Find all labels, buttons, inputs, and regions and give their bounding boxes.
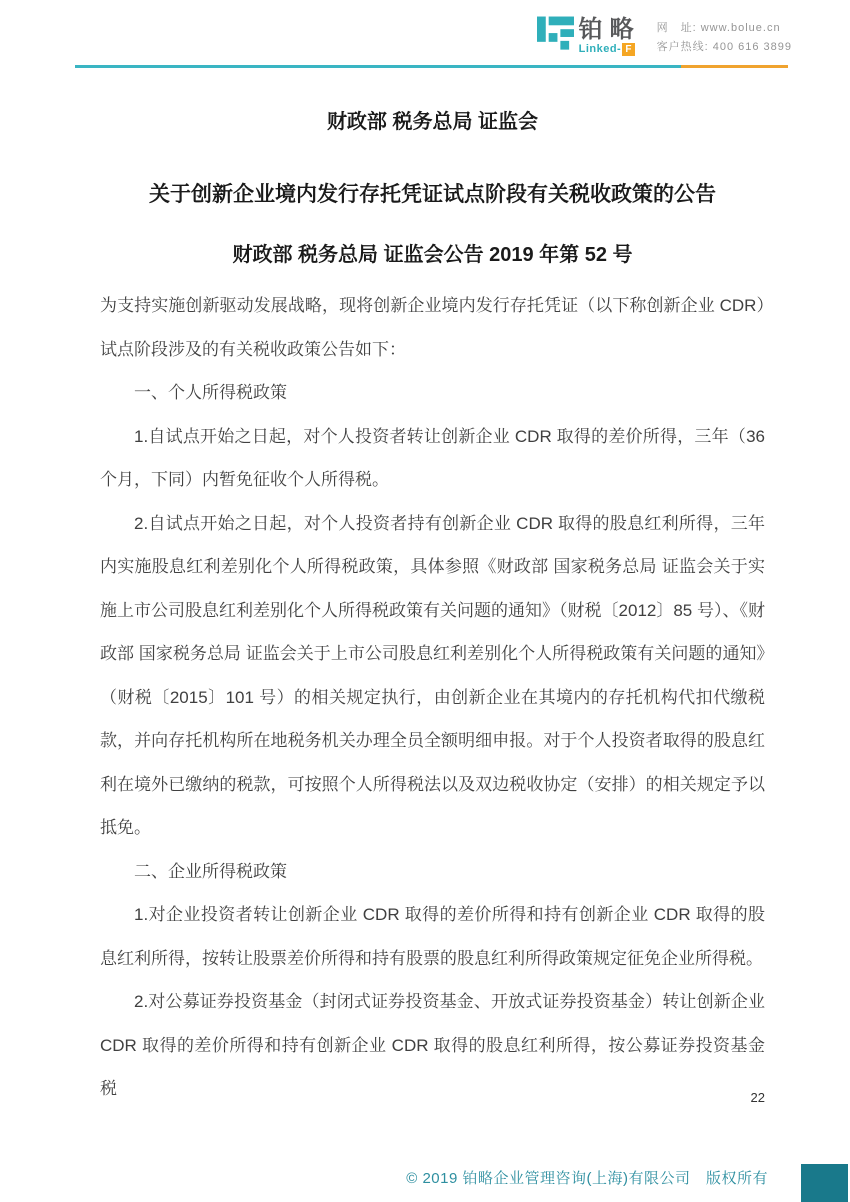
header-divider bbox=[75, 65, 788, 68]
page-number: 22 bbox=[751, 1090, 765, 1105]
title-issuing-agencies: 财政部 税务总局 证监会 bbox=[100, 109, 765, 135]
copyright-notice: © 2019 铂略企业管理咨询(上海)有限公司 版权所有 bbox=[406, 1167, 768, 1188]
logo-text: 铂略 Linked-F bbox=[579, 17, 641, 56]
body-paragraph: 2.自试点开始之日起，对个人投资者持有创新企业 CDR 取得的股息红利所得，三年… bbox=[100, 502, 765, 850]
website-line: 网 址: www.bolue.cn bbox=[657, 19, 792, 35]
page-header: 铂略 Linked-F 网 址: www.bolue.cn 客户热线: 400 … bbox=[537, 16, 792, 56]
section-heading: 二、企业所得税政策 bbox=[100, 850, 765, 894]
logo-name-cn: 铂略 bbox=[579, 17, 641, 43]
contact-info: 网 址: www.bolue.cn 客户热线: 400 616 3899 bbox=[653, 19, 792, 54]
logo-f-badge: F bbox=[622, 43, 635, 56]
logo-linked-label: Linked- bbox=[579, 43, 622, 56]
body-paragraph: 1.对企业投资者转让创新企业 CDR 取得的差价所得和持有创新企业 CDR 取得… bbox=[100, 893, 765, 980]
body-paragraph: 2.对公募证券投资基金（封闭式证券投资基金、开放式证券投资基金）转让创新企业 C… bbox=[100, 980, 765, 1111]
title-document-number: 财政部 税务总局 证监会公告 2019 年第 52 号 bbox=[100, 242, 765, 268]
hotline-line: 客户热线: 400 616 3899 bbox=[657, 38, 792, 54]
document-content: 财政部 税务总局 证监会 关于创新企业境内发行存托凭证试点阶段有关税收政策的公告… bbox=[100, 95, 765, 1111]
footer-corner-decoration bbox=[801, 1164, 848, 1202]
section-heading: 一、个人所得税政策 bbox=[100, 371, 765, 415]
body-paragraph: 为支持实施创新驱动发展战略，现将创新企业境内发行存托凭证（以下称创新企业 CDR… bbox=[100, 284, 765, 371]
logo-name-en: Linked-F bbox=[579, 43, 641, 56]
company-logo: 铂略 Linked-F bbox=[537, 16, 641, 56]
body-text: 为支持实施创新驱动发展战略，现将创新企业境内发行存托凭证（以下称创新企业 CDR… bbox=[100, 284, 765, 1111]
document-page: 铂略 Linked-F 网 址: www.bolue.cn 客户热线: 400 … bbox=[0, 0, 850, 1202]
title-announcement: 关于创新企业境内发行存托凭证试点阶段有关税收政策的公告 bbox=[100, 181, 765, 209]
bolue-logo-icon bbox=[537, 16, 574, 56]
body-paragraph: 1.自试点开始之日起，对个人投资者转让创新企业 CDR 取得的差价所得，三年（3… bbox=[100, 415, 765, 502]
